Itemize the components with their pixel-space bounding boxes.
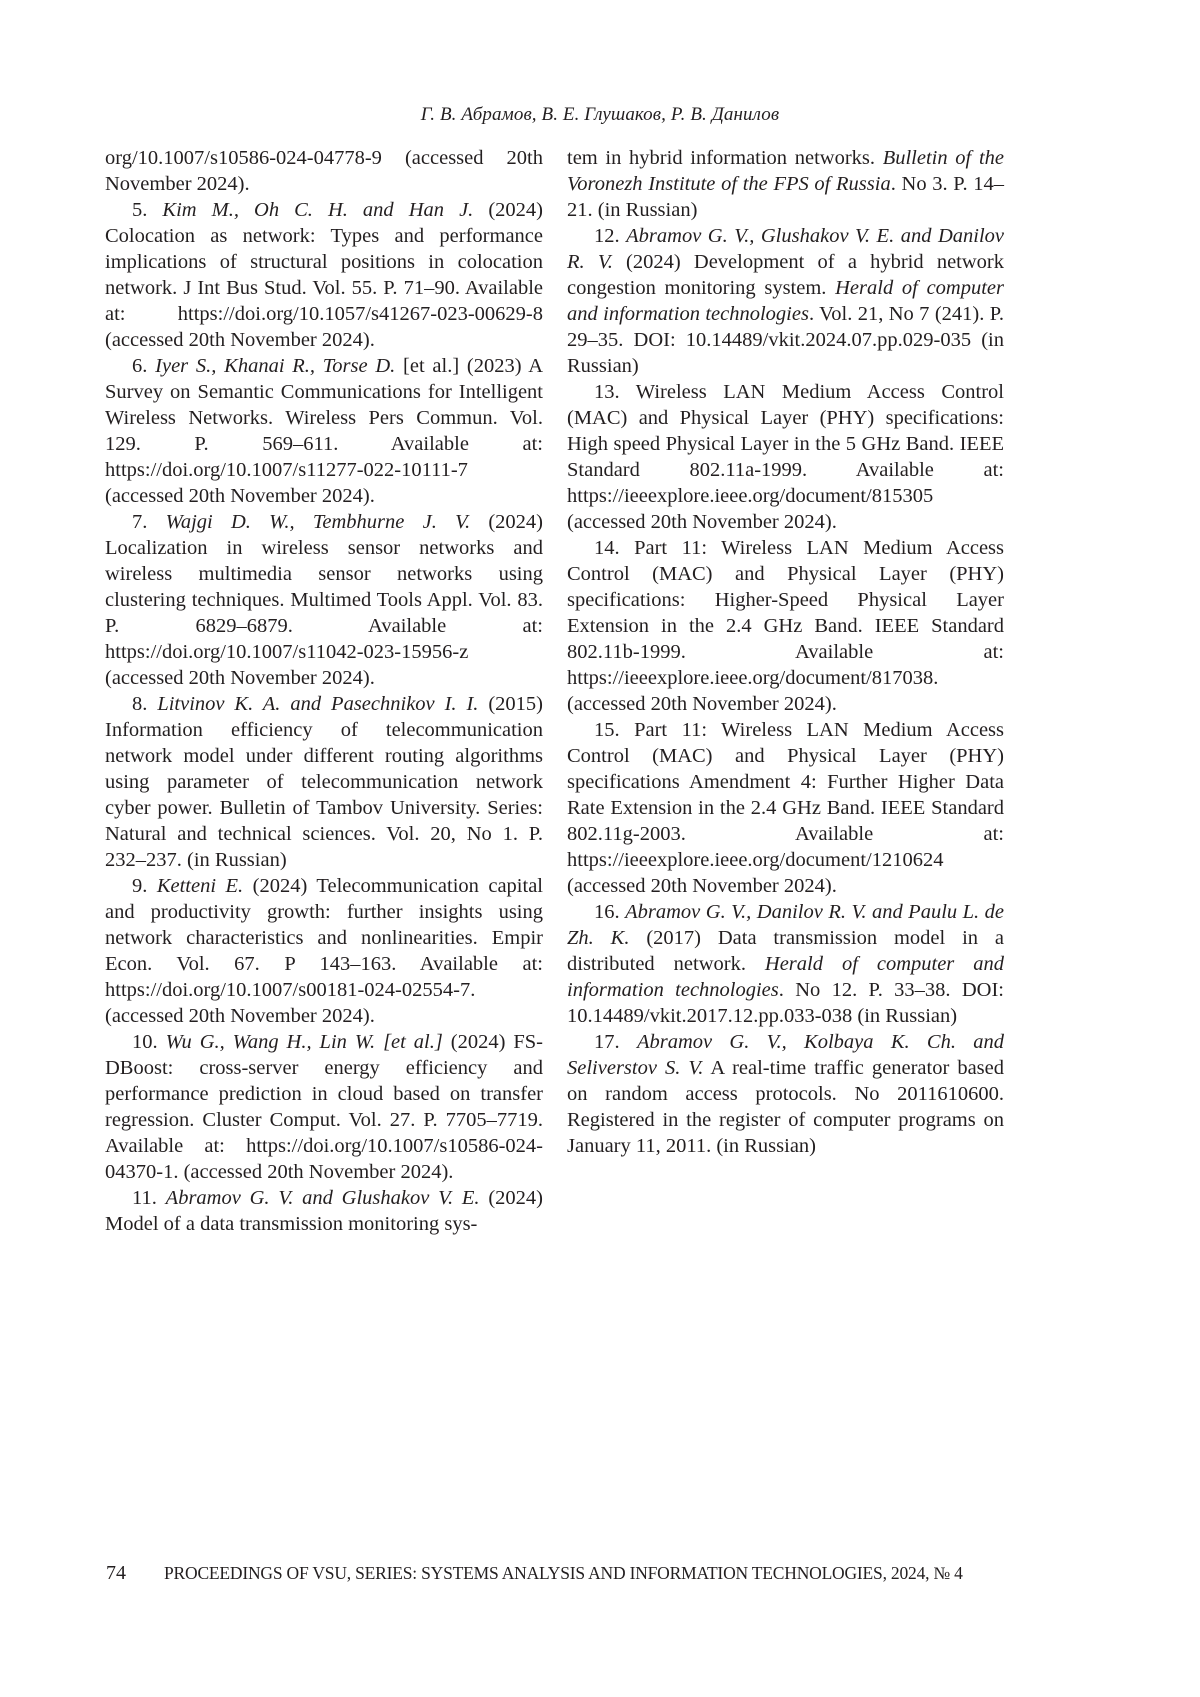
reference-number: 9.	[132, 875, 147, 897]
references-left-column: org/10.1007/s10586-024-04778-9 (accessed…	[105, 145, 543, 1237]
reference-number: 10.	[132, 1031, 158, 1053]
reference-item: org/10.1007/s10586-024-04778-9 (accessed…	[105, 145, 543, 197]
reference-item: 5. Kim M., Oh C. H. and Han J. (2024) Co…	[105, 197, 543, 353]
reference-text: Part 11: Wireless LAN Medium Access Cont…	[567, 537, 1004, 715]
reference-authors: Litvinov K. A. and Pasechnikov I. I.	[157, 693, 478, 715]
reference-item: 12. Abramov G. V., Glushakov V. E. and D…	[567, 223, 1004, 379]
reference-item: 13. Wireless LAN Medium Access Control (…	[567, 379, 1004, 535]
reference-authors: Wajgi D. W., Tembhurne J. V.	[166, 511, 470, 533]
reference-item: 10. Wu G., Wang H., Lin W. [et al.] (202…	[105, 1029, 543, 1185]
page-number: 74	[106, 1562, 164, 1585]
reference-authors: Ketteni E.	[157, 875, 243, 897]
reference-number: 16.	[594, 901, 620, 923]
reference-item: 11. Abramov G. V. and Glushakov V. E. (2…	[105, 1185, 543, 1237]
references-right-column: tem in hybrid information networks. Bull…	[567, 145, 1004, 1159]
running-head-authors: Г. В. Абрамов, В. Е. Глушаков, Р. В. Дан…	[0, 104, 1200, 126]
reference-authors: Wu G., Wang H., Lin W. [et al.]	[166, 1031, 443, 1053]
reference-text: (2024) Colocation as network: Types and …	[105, 199, 543, 351]
reference-number: 15.	[594, 719, 620, 741]
reference-number: 12.	[594, 225, 620, 247]
reference-item: 16. Abramov G. V., Danilov R. V. and Pau…	[567, 899, 1004, 1029]
reference-text: (2024) Localization in wireless sensor n…	[105, 511, 543, 689]
reference-number: 11.	[132, 1187, 157, 1209]
reference-item: tem in hybrid information networks. Bull…	[567, 145, 1004, 223]
reference-item: 8. Litvinov K. A. and Pasechnikov I. I. …	[105, 691, 543, 873]
reference-text: (2015) Information efficiency of telecom…	[105, 693, 543, 871]
page-footer: 74 PROCEEDINGS OF VSU, SERIES: SYSTEMS A…	[106, 1562, 1006, 1585]
reference-text: (2024) Telecommunication capital and pro…	[105, 875, 543, 1027]
reference-item: 15. Part 11: Wireless LAN Medium Access …	[567, 717, 1004, 899]
reference-text: tem in hybrid information networks.	[567, 147, 883, 169]
reference-text: Part 11: Wireless LAN Medium Access Cont…	[567, 719, 1004, 897]
reference-number: 8.	[132, 693, 147, 715]
reference-authors: Kim M., Oh C. H. and Han J.	[162, 199, 473, 221]
reference-authors: Iyer S., Khanai R., Torse D.	[155, 355, 395, 377]
reference-number: 7.	[132, 511, 147, 533]
journal-title: PROCEEDINGS OF VSU, SERIES: SYSTEMS ANAL…	[164, 1563, 963, 1584]
reference-item: 9. Ketteni E. (2024) Telecommunication c…	[105, 873, 543, 1029]
reference-number: 14.	[594, 537, 620, 559]
reference-number: 17.	[594, 1031, 620, 1053]
reference-text: Wireless LAN Medium Access Control (MAC)…	[567, 381, 1004, 533]
reference-text: [et al.] (2023) A Survey on Semantic Com…	[105, 355, 543, 507]
reference-item: 14. Part 11: Wireless LAN Medium Access …	[567, 535, 1004, 717]
reference-number: 6.	[132, 355, 147, 377]
reference-text: org/10.1007/s10586-024-04778-9 (accessed…	[105, 147, 543, 195]
reference-item: 17. Abramov G. V., Kolbaya K. Ch. and Se…	[567, 1029, 1004, 1159]
reference-authors: Abramov G. V. and Glushakov V. E.	[166, 1187, 480, 1209]
reference-item: 7. Wajgi D. W., Tembhurne J. V. (2024) L…	[105, 509, 543, 691]
reference-number: 5.	[132, 199, 147, 221]
reference-text: (2024) FS-DBoost: cross-server energy ef…	[105, 1031, 543, 1183]
reference-number: 13.	[594, 381, 620, 403]
reference-item: 6. Iyer S., Khanai R., Torse D. [et al.]…	[105, 353, 543, 509]
